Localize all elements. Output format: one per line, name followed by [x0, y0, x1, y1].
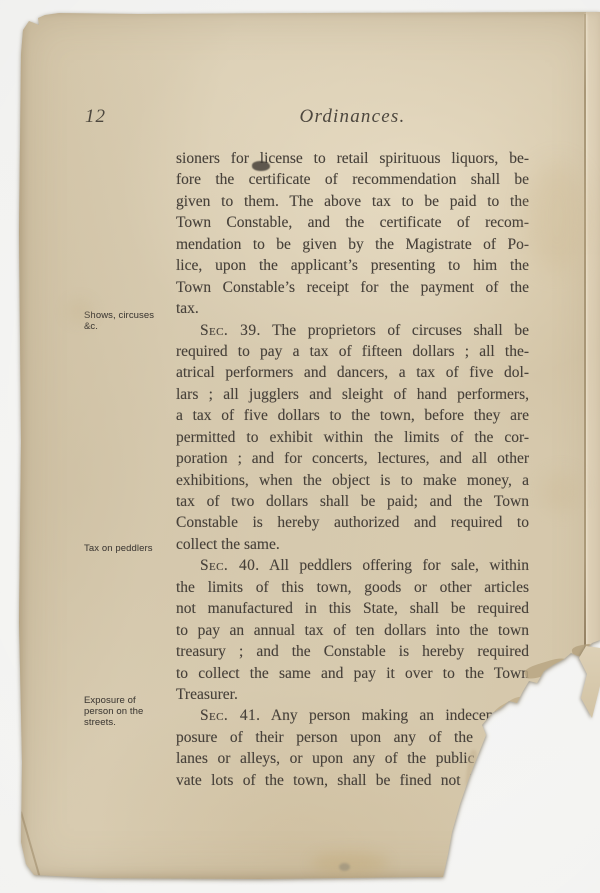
section-40-first-line: Sec. 40. All peddlers offering for sale,…	[176, 555, 529, 576]
section-41-label: Sec. 41.	[200, 707, 260, 724]
margin-note-line: person on the	[84, 707, 176, 718]
section-41-first-line: Sec. 41. Any person making an indecent e…	[176, 705, 529, 726]
body-line: to pay an annual tax of ten dollars into…	[176, 620, 529, 641]
page-sheet-wrap: 12 Ordinances. sioners for license to re…	[19, 12, 600, 879]
body-line: the limits of this town, goods or other …	[176, 577, 529, 598]
ink-smudge	[252, 161, 270, 171]
body-line: mendation to be given by the Magistrate …	[176, 234, 529, 255]
body-line: Town Constable, and the certificate of r…	[176, 212, 529, 233]
margin-note-tax-on-peddlers: Tax on peddlers	[84, 544, 176, 555]
body-line: lice, upon the applicant’s presenting to…	[176, 255, 529, 276]
margin-note-line: &c.	[84, 322, 176, 333]
adjacent-page-fragment-paper	[578, 646, 600, 718]
body-line: required to pay a tax of fifteen dollars…	[176, 341, 529, 362]
body-line: atrical performers and dancers, a tax of…	[176, 362, 529, 383]
page-fold-margin	[586, 12, 600, 646]
section-39-first-line: Sec. 39. The proprietors of circuses sha…	[176, 320, 529, 341]
body-line: poration ; and for concerts, lectures, a…	[176, 448, 529, 469]
corner-crease	[20, 812, 40, 878]
body-text-column: sioners for license to retail spirituous…	[176, 148, 529, 791]
torn-edge-fold	[523, 656, 569, 681]
margin-note-shows-circuses: Shows, circuses &c.	[84, 311, 176, 333]
section-40-label: Sec. 40.	[200, 557, 260, 574]
section-39-first-line-text: The proprietors of circuses shall be	[261, 322, 529, 339]
body-line: exhibitions, when the object is to make …	[176, 470, 529, 491]
body-line: treasury ; and the Constable is hereby r…	[176, 641, 529, 662]
body-line: not manufactured in this State, shall be…	[176, 598, 529, 619]
foxing-stain	[67, 300, 93, 322]
foxing-stain	[527, 162, 587, 272]
body-line: a tax of five dollars to the town, befor…	[176, 405, 529, 426]
grey-smudge	[339, 863, 350, 871]
body-line: Treasurer.	[176, 684, 529, 705]
body-line: posure of their person upon any of the s…	[176, 727, 529, 748]
body-line: to collect the same and pay it over to t…	[176, 663, 529, 684]
page-number: 12	[85, 106, 106, 128]
margin-note-line: streets.	[84, 718, 176, 729]
body-line: Town Constable’s receipt for the payment…	[176, 277, 529, 298]
section-39-label: Sec. 39.	[200, 322, 261, 339]
margin-note-exposure: Exposure of person on the streets.	[84, 696, 176, 728]
body-line: fore the certificate of recommendation s…	[176, 169, 529, 190]
body-line: lars ; all jugglers and sleight of hand …	[176, 384, 529, 405]
page-sheet: 12 Ordinances. sioners for license to re…	[19, 12, 600, 879]
margin-note-line: Tax on peddlers	[84, 544, 176, 555]
binding-fold-line	[584, 14, 586, 652]
body-line: collect the same.	[176, 534, 529, 555]
body-line: given to them. The above tax to be paid …	[176, 191, 529, 212]
body-line: permitted to exhibit within the limits o…	[176, 427, 529, 448]
foxing-stain	[541, 472, 581, 512]
section-41-first-line-text: Any person making an indecent ex-	[260, 707, 529, 724]
adjacent-page-fragment	[578, 646, 600, 718]
dark-speck	[515, 707, 520, 711]
foxing-stain	[311, 852, 389, 874]
body-line: tax of two dollars shall be paid; and th…	[176, 491, 529, 512]
body-line: tax.	[176, 298, 529, 319]
body-line: Constable is hereby authorized and requi…	[176, 512, 529, 533]
section-40-first-line-text: All peddlers offering for sale, within	[260, 557, 529, 574]
scanned-page-background: 12 Ordinances. sioners for license to re…	[0, 0, 600, 893]
body-line: vate lots of the town, shall be fined no…	[176, 770, 529, 791]
body-line: sioners for license to retail spirituous…	[176, 148, 529, 169]
running-header: Ordinances.	[176, 106, 529, 128]
